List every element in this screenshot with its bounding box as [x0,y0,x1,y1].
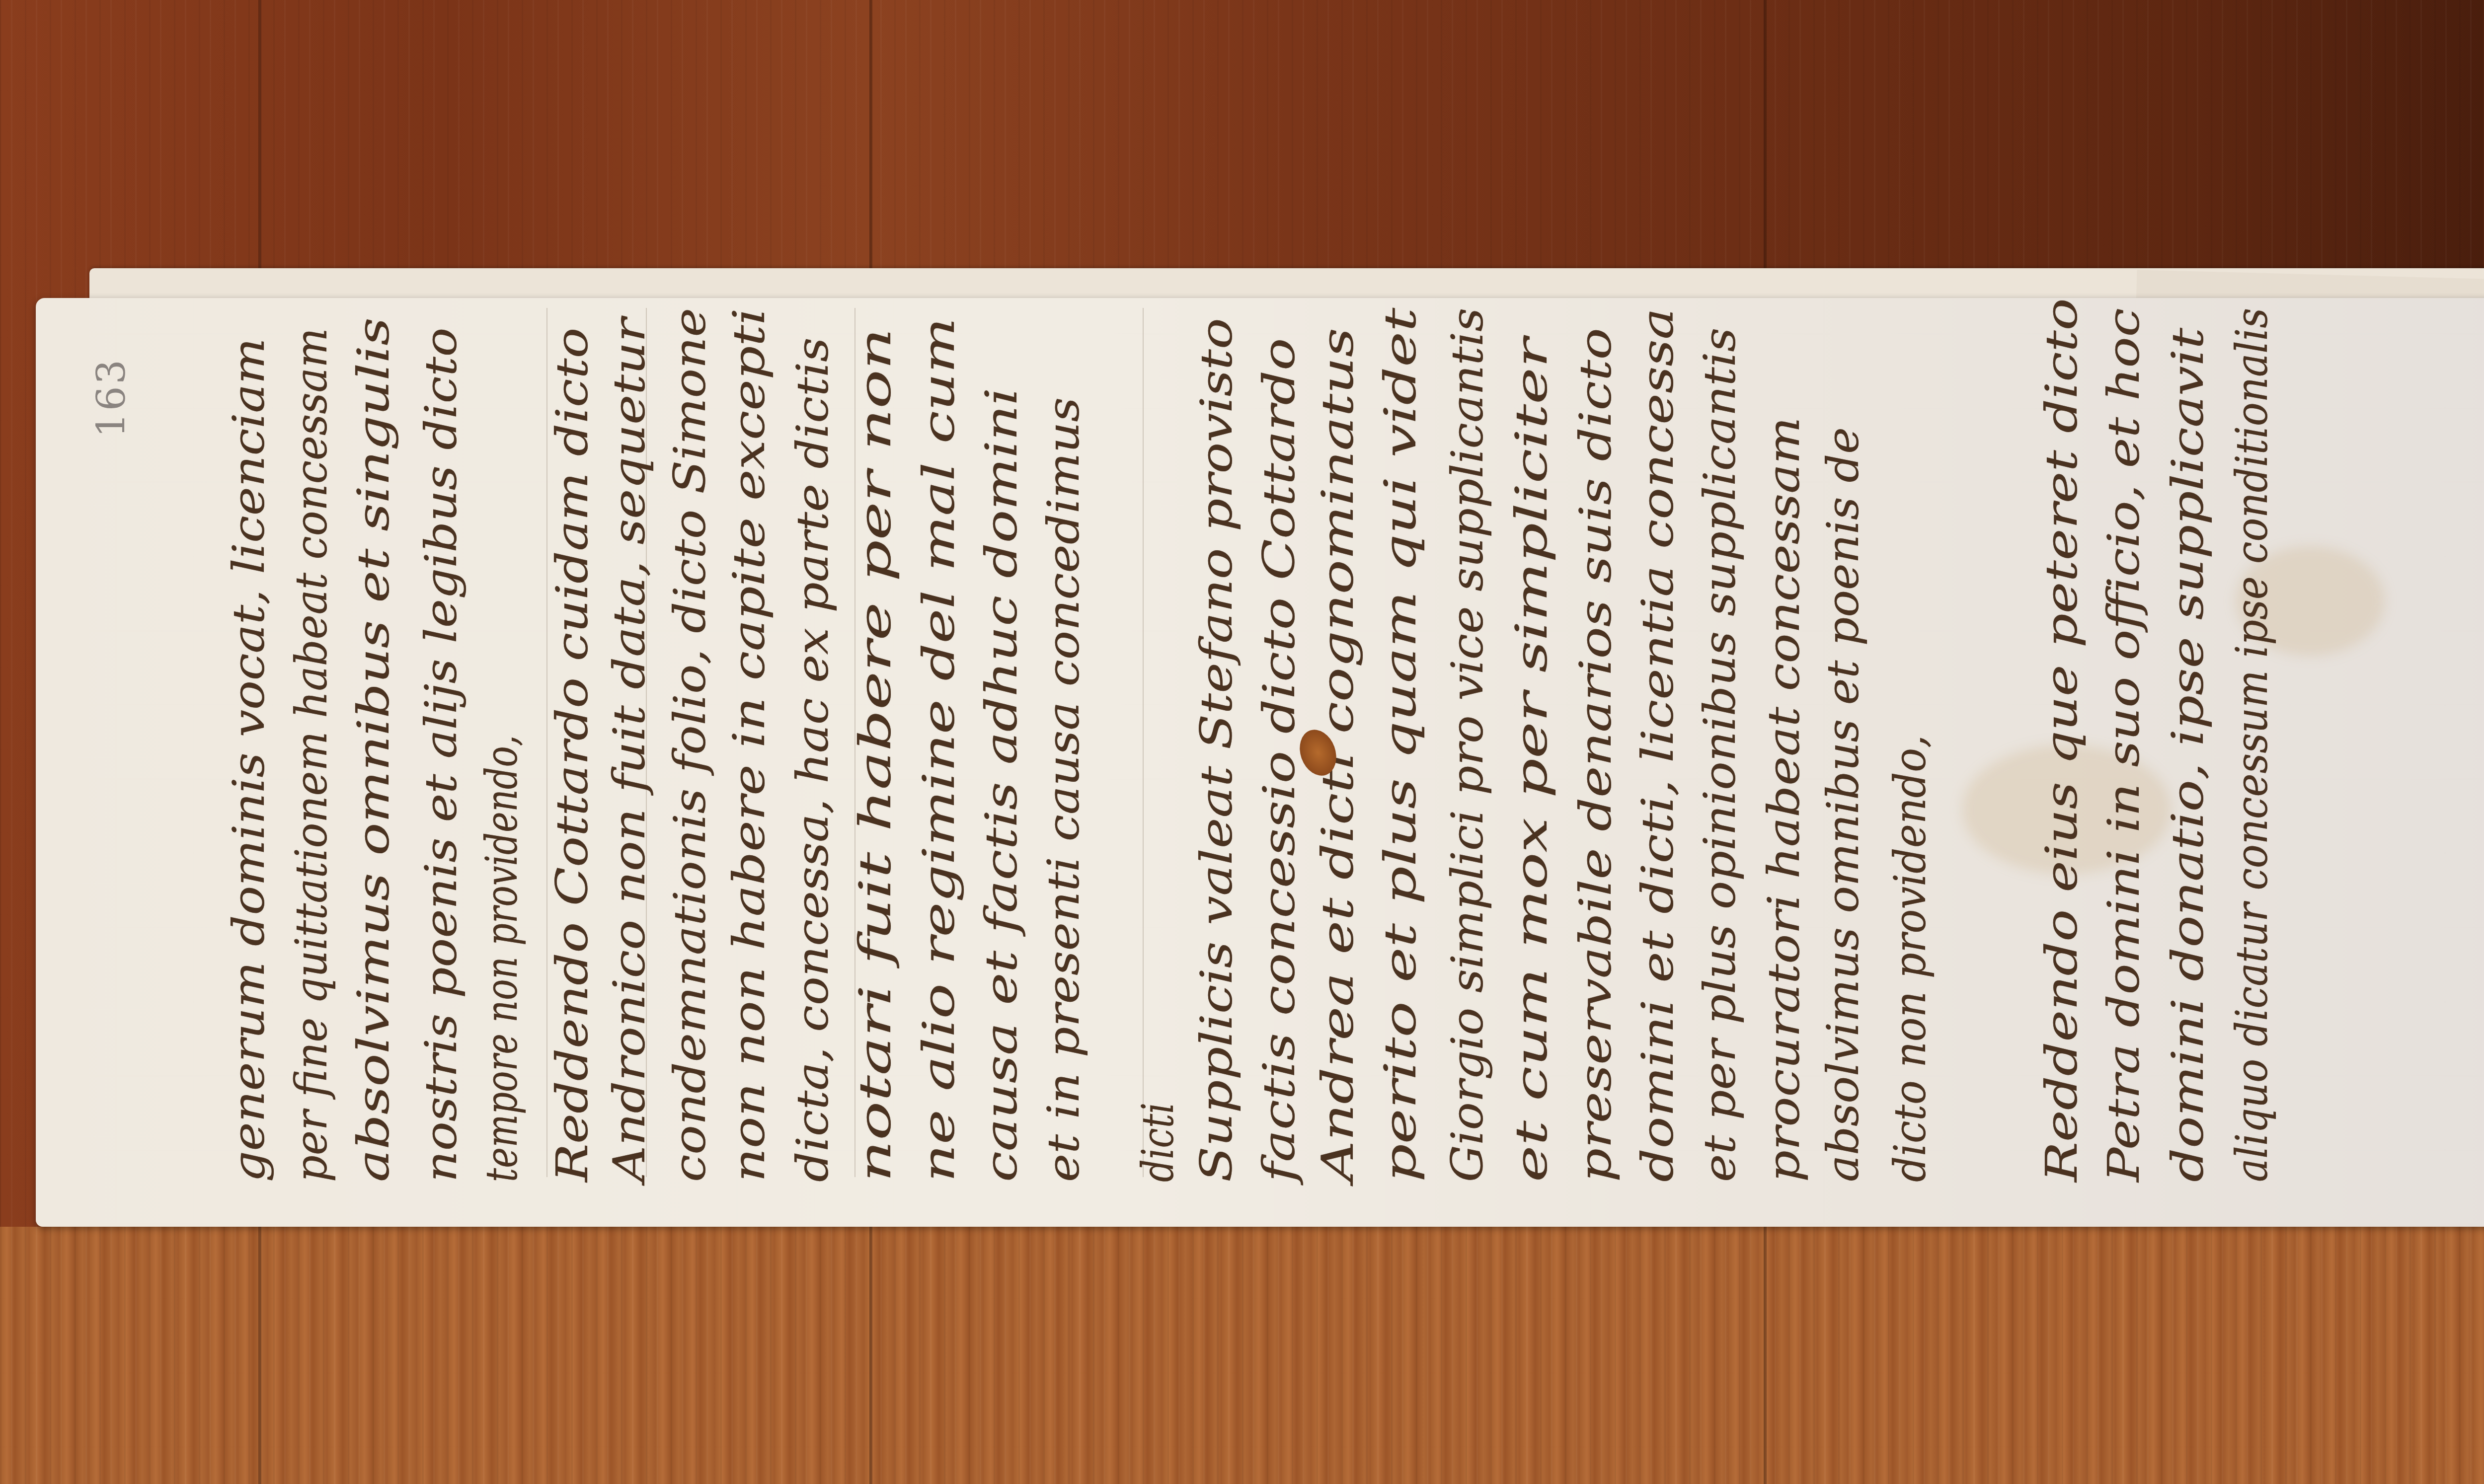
manuscript-line-text: Giorgio simplici pro vice supplicantis [1446,308,1489,1182]
manuscript-line-text: absolvimus omnibus et poenis de [1821,427,1865,1182]
folio-number: 163 [89,358,134,438]
manuscript-line-text: per fine quittationem habeat concessam [290,328,333,1182]
manuscript-line-text: dicta, concessa, hac ex parte dictis [791,338,835,1182]
manuscript-line-text: dicto non providendo, [1888,735,1932,1182]
manuscript-line-text: nostris poenis et alijs legibus dicto [419,328,463,1182]
manuscript-line-text: causa et factis adhuc domini [980,388,1023,1182]
manuscript-line-text: perito et plus quam qui videt [1379,308,1422,1182]
manuscript-line-text: Supplicis valeat Stefano provisto [1195,318,1239,1182]
manuscript-line-text: tempore non providendo, [480,735,524,1182]
manuscript-line-text: factis concessio dicto Cottardo [1257,338,1301,1182]
manuscript-line-text: Reddendo eius que peteret dicto [2040,298,2084,1182]
manuscript-line-text: notari fuit habere per non [854,328,897,1182]
manuscript-line-text: preservabile denarios suis dicto [1574,328,1618,1182]
manuscript-line-text: non non habere in capite excepti [727,308,771,1182]
manuscript-line-text: dicti [1136,1103,1180,1182]
manuscript-line-text: Petra domini in suo officio, et hoc [2102,308,2146,1182]
manuscript-line-text: condemnationis folio, dicto Simone [668,308,712,1182]
manuscript-line-text: domini et dicti, licentia concessa [1636,308,1680,1182]
manuscript-line-text: et per plus opinionibus supplicantis [1698,328,1742,1182]
manuscript-line-text: ne alio regimine del mal cum [917,318,961,1182]
wooden-table-lower [0,1227,2484,1484]
manuscript-line-text: absolvimus omnibus et singulis [352,317,395,1182]
margin-rule-line [1143,308,1144,1177]
manuscript-line-text: Andronico non fuit data, sequetur [608,318,651,1182]
manuscript-line-text: Reddendo Cottardo cuidam dicto [550,328,594,1182]
manuscript-line-text: aliquo dicatur concessum ipse conditiona… [2230,308,2274,1182]
manuscript-line-text: et in presenti causa concedimus [1042,397,1086,1182]
manuscript-line-text: procuratori habeat concessam [1762,417,1806,1182]
manuscript-line-text: domini donatio, ipse supplicavit [2166,328,2210,1182]
manuscript-line-text: et cum mox per simpliciter [1510,338,1553,1182]
manuscript-line-text: generum dominis vocat, licenciam [227,338,271,1182]
